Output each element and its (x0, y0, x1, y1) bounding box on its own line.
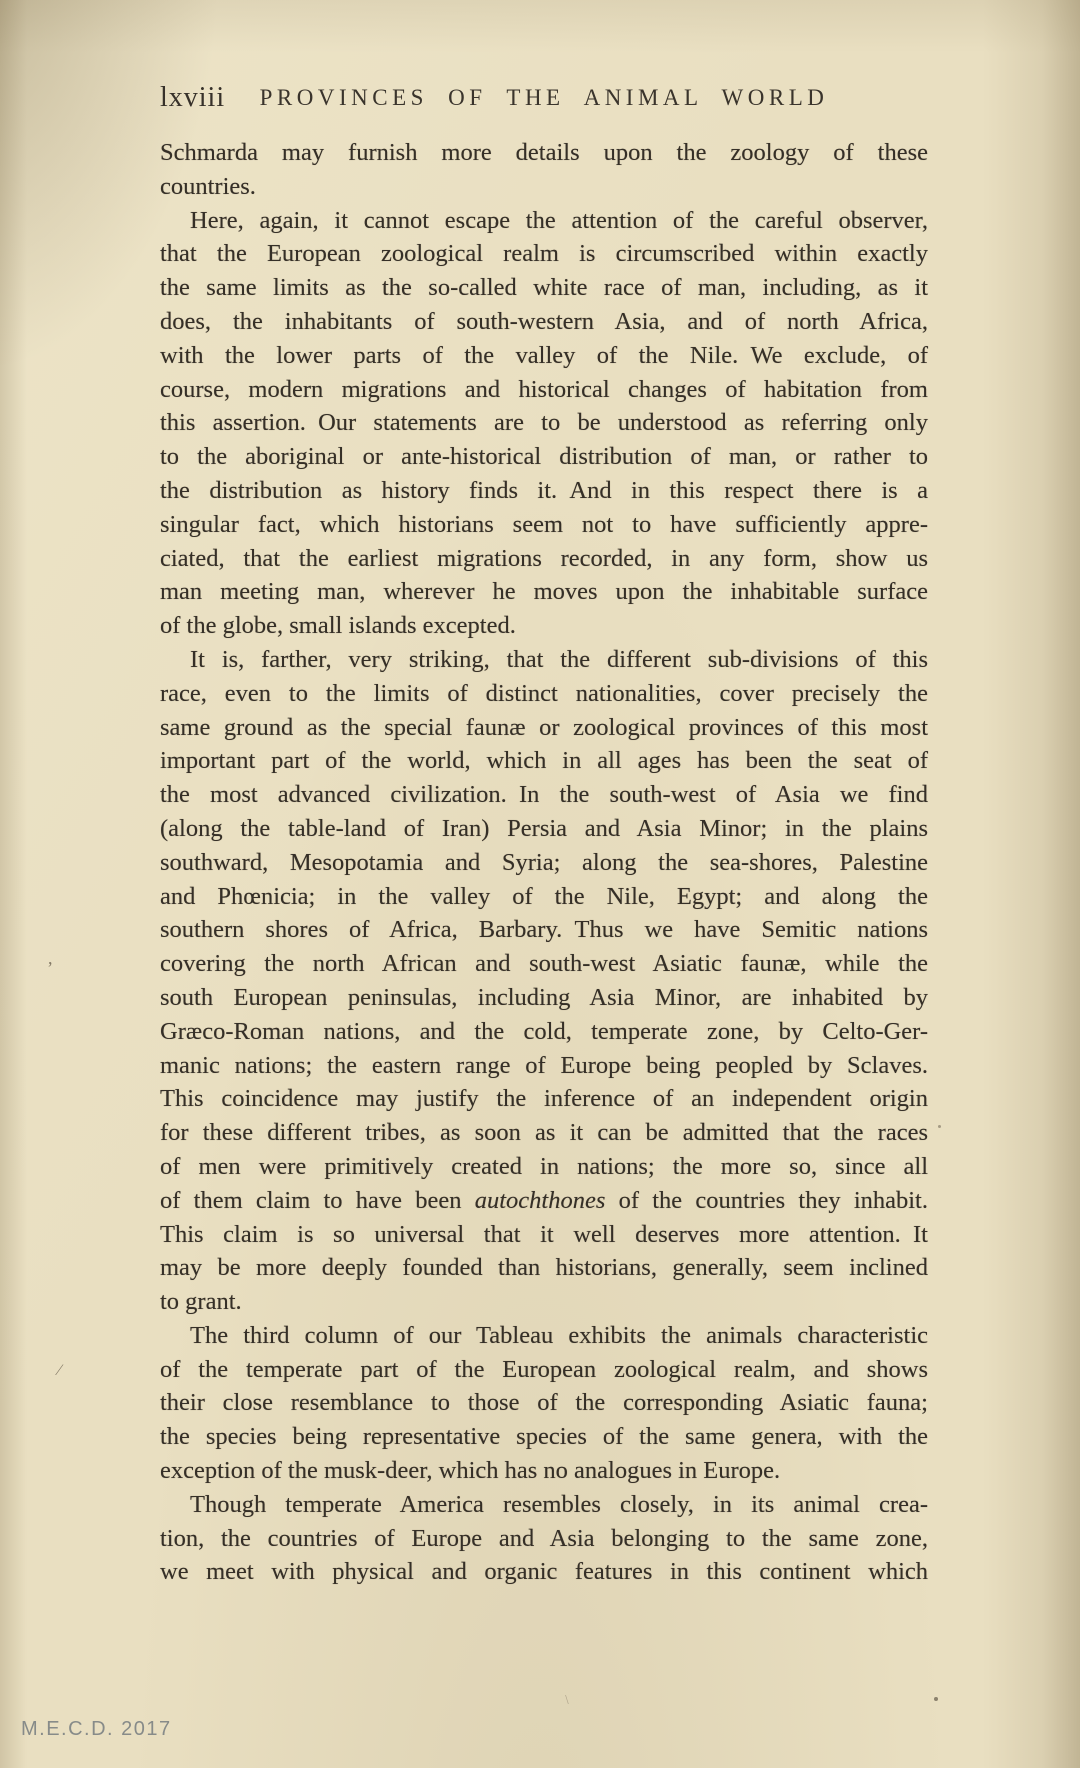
text-line: the distribution as history finds it. An… (160, 474, 928, 508)
text-line: the same limits as the so-called white r… (160, 271, 928, 305)
text-line: Græco-Roman nations, and the cold, tempe… (160, 1015, 928, 1049)
text-line: manic nations; the eastern range of Euro… (160, 1049, 928, 1083)
text-line: to grant. (160, 1285, 928, 1319)
text-line: of them claim to have been autochthones … (160, 1184, 928, 1218)
text-line: with the lower parts of the valley of th… (160, 339, 928, 373)
scan-speck: ﹨ (560, 1688, 574, 1708)
text-line: singular fact, which historians seem not… (160, 508, 928, 542)
text-line: and Phœnicia; in the valley of the Nile,… (160, 880, 928, 914)
running-title: PROVINCES OF THE ANIMAL WORLD (160, 85, 928, 111)
text-line: of men were primitively created in natio… (160, 1150, 928, 1184)
scan-speck: ∕ (58, 1362, 61, 1380)
scan-speck (934, 1697, 938, 1701)
text-line: this assertion. Our statements are to be… (160, 406, 928, 440)
paragraph: Here, again, it cannot escape the attent… (160, 204, 928, 643)
text-line: This claim is so universal that it well … (160, 1218, 928, 1252)
paragraph: Though temperate America resembles close… (160, 1488, 928, 1589)
text-line: may be more deeply founded than historia… (160, 1251, 928, 1285)
paragraph: It is, farther, very striking, that the … (160, 643, 928, 1319)
text-line: their close resemblance to those of the … (160, 1386, 928, 1420)
text-line: of the globe, small islands excepted. (160, 609, 928, 643)
paragraph: Schmarda may furnish more details upon t… (160, 136, 928, 204)
text-line: tion, the countries of Europe and Asia b… (160, 1522, 928, 1556)
text-line: Schmarda may furnish more details upon t… (160, 136, 928, 170)
paragraph: The third column of our Tableau exhibits… (160, 1319, 928, 1488)
scan-speck: , (48, 948, 53, 969)
text-line: of the temperate part of the European zo… (160, 1353, 928, 1387)
text-line: for these different tribes, as soon as i… (160, 1116, 928, 1150)
text-line: does, the inhabitants of south-western A… (160, 305, 928, 339)
text-line: to the aboriginal or ante-historical dis… (160, 440, 928, 474)
text-line: southward, Mesopotamia and Syria; along … (160, 846, 928, 880)
text-line: the species being representative species… (160, 1420, 928, 1454)
text-line: The third column of our Tableau exhibits… (160, 1319, 928, 1353)
text-line: ciated, that the earliest migrations rec… (160, 542, 928, 576)
text-line: course, modern migrations and historical… (160, 373, 928, 407)
text-line: It is, farther, very striking, that the … (160, 643, 928, 677)
text-line: we meet with physical and organic featur… (160, 1555, 928, 1589)
text-line: important part of the world, which in al… (160, 744, 928, 778)
text-line: countries. (160, 170, 928, 204)
page-header: lxviii PROVINCES OF THE ANIMAL WORLD (160, 82, 928, 118)
text-line: Here, again, it cannot escape the attent… (160, 204, 928, 238)
text-line: southern shores of Africa, Barbary. Thus… (160, 913, 928, 947)
watermark-stamp: M.E.C.D. 2017 (21, 1718, 172, 1741)
text-line: same ground as the special faunæ or zool… (160, 711, 928, 745)
page-text: Schmarda may furnish more details upon t… (160, 136, 928, 1589)
text-line: (along the table-land of Iran) Persia an… (160, 812, 928, 846)
text-line: that the European zoological realm is ci… (160, 237, 928, 271)
text-line: This coincidence may justify the inferen… (160, 1082, 928, 1116)
text-line: south European peninsulas, including Asi… (160, 981, 928, 1015)
text-line: exception of the musk-deer, which has no… (160, 1454, 928, 1488)
scan-speck (938, 1125, 941, 1128)
text-line: Though temperate America resembles close… (160, 1488, 928, 1522)
text-line: man meeting man, wherever he moves upon … (160, 575, 928, 609)
text-line: race, even to the limits of distinct nat… (160, 677, 928, 711)
text-line: the most advanced civilization. In the s… (160, 778, 928, 812)
text-line: covering the north African and south-wes… (160, 947, 928, 981)
